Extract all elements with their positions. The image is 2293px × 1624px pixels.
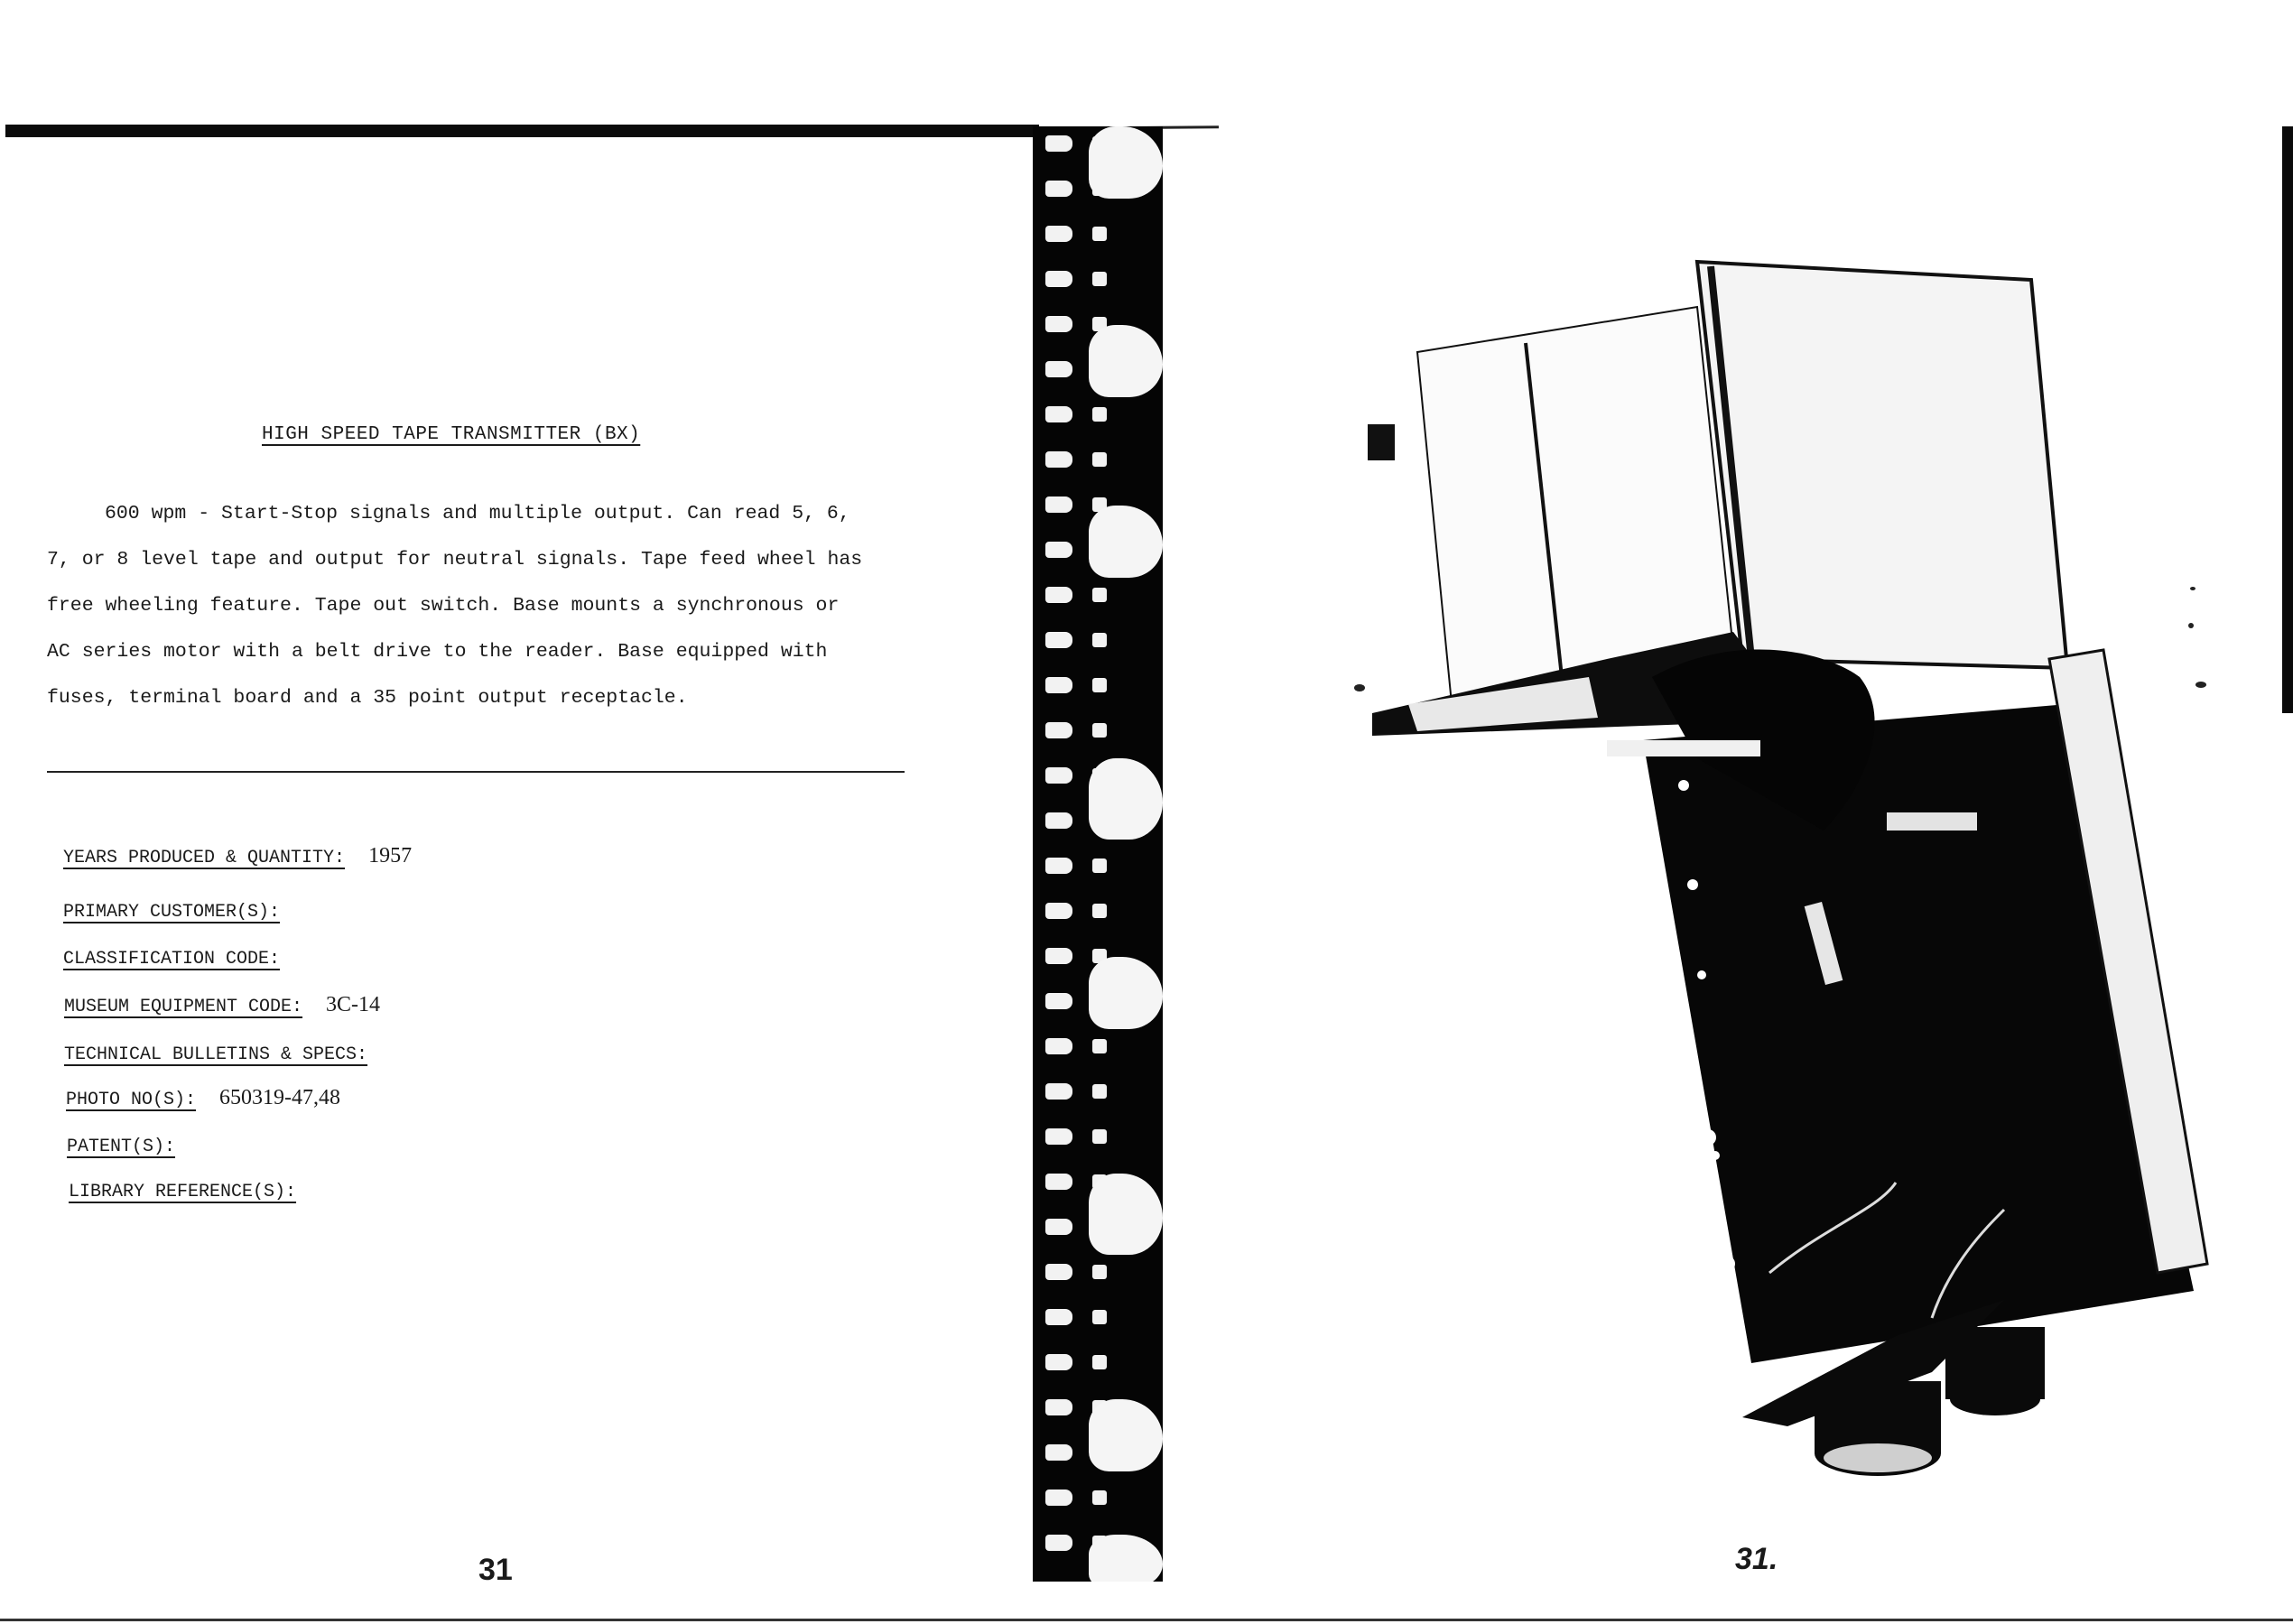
film-sprocket — [1092, 1039, 1107, 1053]
film-highlight — [1089, 506, 1163, 578]
film-sprocket — [1045, 135, 1072, 152]
film-sprocket — [1045, 767, 1072, 784]
film-sprocket — [1045, 1354, 1072, 1370]
film-sprocket — [1045, 496, 1072, 513]
field-library-references: LIBRARY REFERENCE(S): — [69, 1178, 320, 1202]
film-sprocket — [1092, 407, 1107, 422]
film-sprocket — [1092, 1265, 1107, 1279]
film-sprocket — [1045, 1444, 1072, 1461]
field-label: PHOTO NO(S): — [66, 1090, 196, 1110]
film-sprocket — [1045, 1309, 1072, 1325]
film-sprocket — [1045, 406, 1072, 422]
field-technical-bulletins: TECHNICAL BULLETINS & SPECS: — [64, 1041, 391, 1065]
film-highlight — [1089, 1535, 1163, 1582]
field-value: 1957 — [368, 844, 412, 868]
field-value: 650319-47,48 — [219, 1086, 340, 1109]
description-line: free wheeling feature. Tape out switch. … — [47, 583, 914, 629]
film-sprocket — [1092, 1084, 1107, 1099]
film-sprocket — [1092, 723, 1107, 738]
film-sprocket — [1045, 451, 1072, 468]
field-classification-code: CLASSIFICATION CODE: — [63, 945, 303, 970]
film-sprocket — [1092, 678, 1107, 692]
document-title: HIGH SPEED TAPE TRANSMITTER (BX) — [262, 424, 640, 445]
scan-speck — [2196, 682, 2206, 688]
page-top-border — [5, 125, 1039, 137]
film-sprocket — [1045, 722, 1072, 738]
film-sprocket — [1045, 1083, 1072, 1100]
scan-speck — [2190, 587, 2196, 590]
description-line: fuses, terminal board and a 35 point out… — [47, 675, 914, 721]
equipment-photo — [1354, 253, 2212, 1499]
film-sprocket — [1045, 903, 1072, 919]
field-patents: PATENT(S): — [67, 1133, 199, 1157]
film-highlight — [1089, 758, 1163, 840]
page-right-edge — [2282, 126, 2293, 713]
scan-speck — [1354, 684, 1365, 691]
film-sprocket — [1092, 858, 1107, 873]
field-museum-equipment-code: MUSEUM EQUIPMENT CODE:3C-14 — [64, 993, 380, 1017]
field-value: 3C-14 — [326, 993, 380, 1016]
film-sprocket — [1045, 542, 1072, 558]
field-label: MUSEUM EQUIPMENT CODE: — [64, 997, 302, 1017]
field-primary-customers: PRIMARY CUSTOMER(S): — [63, 898, 303, 923]
field-label: TECHNICAL BULLETINS & SPECS: — [64, 1044, 367, 1065]
scan-speck — [2188, 623, 2194, 628]
film-sprocket — [1092, 1310, 1107, 1324]
film-sprocket — [1092, 588, 1107, 602]
film-highlight — [1089, 1174, 1163, 1255]
film-strip-image — [1033, 126, 1163, 1582]
film-sprocket — [1045, 271, 1072, 287]
field-label: LIBRARY REFERENCE(S): — [69, 1182, 296, 1202]
film-sprocket — [1045, 181, 1072, 197]
film-sprocket — [1045, 812, 1072, 829]
field-photo-numbers: PHOTO NO(S):650319-47,48 — [66, 1086, 340, 1110]
film-sprocket — [1045, 1174, 1072, 1190]
page-bottom-border — [0, 1619, 2293, 1621]
film-sprocket — [1092, 633, 1107, 647]
film-sprocket — [1045, 1264, 1072, 1280]
film-sprocket — [1045, 993, 1072, 1009]
description-line: 7, or 8 level tape and output for neutra… — [47, 537, 914, 583]
film-highlight — [1089, 1399, 1163, 1471]
page-number-right: 31. — [1735, 1542, 1778, 1577]
film-sprocket — [1045, 226, 1072, 242]
film-sprocket — [1092, 227, 1107, 241]
film-sprocket — [1045, 1038, 1072, 1054]
film-highlight — [1089, 126, 1163, 199]
field-label: YEARS PRODUCED & QUANTITY: — [63, 848, 345, 868]
film-sprocket — [1045, 632, 1072, 648]
film-sprocket — [1045, 316, 1072, 332]
film-sprocket — [1045, 1399, 1072, 1415]
description-line: AC series motor with a belt drive to the… — [47, 629, 914, 675]
film-sprocket — [1045, 948, 1072, 964]
film-sprocket — [1092, 272, 1107, 286]
film-sprocket — [1045, 1489, 1072, 1506]
film-highlight — [1089, 325, 1163, 397]
film-sprocket — [1045, 1535, 1072, 1551]
film-sprocket — [1045, 1219, 1072, 1235]
film-sprocket — [1045, 1128, 1072, 1145]
film-sprocket — [1092, 452, 1107, 467]
film-sprocket — [1092, 904, 1107, 918]
description-paragraph: 600 wpm - Start-Stop signals and multipl… — [47, 491, 914, 721]
page-number-left: 31 — [478, 1553, 513, 1588]
film-sprocket — [1092, 1355, 1107, 1369]
field-years-produced: YEARS PRODUCED & QUANTITY:1957 — [63, 844, 412, 868]
film-sprocket — [1045, 858, 1072, 874]
film-sprocket — [1045, 677, 1072, 693]
field-label: CLASSIFICATION CODE: — [63, 949, 280, 970]
film-sprocket — [1092, 1490, 1107, 1505]
section-divider — [47, 771, 905, 773]
film-sprocket — [1045, 587, 1072, 603]
film-highlight — [1089, 957, 1163, 1029]
film-sprocket — [1045, 361, 1072, 377]
field-label: PRIMARY CUSTOMER(S): — [63, 902, 280, 923]
field-label: PATENT(S): — [67, 1137, 175, 1157]
film-sprocket — [1092, 1129, 1107, 1144]
description-line: 600 wpm - Start-Stop signals and multipl… — [47, 491, 914, 537]
